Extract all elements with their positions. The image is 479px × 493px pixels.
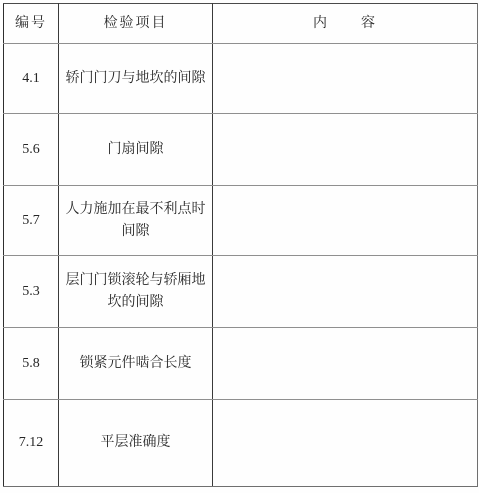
item-cell: 层门门锁滚轮与轿厢地 坎的间隙 <box>59 256 213 328</box>
table-row: 5.6 门扇间隙 <box>4 114 478 186</box>
item-cell: 轿门门刀与地坎的间隙 <box>59 44 213 114</box>
item-cell: 人力施加在最不利点时 间隙 <box>59 186 213 256</box>
row-id-cell: 7.12 <box>4 400 59 487</box>
table-row: 7.12 平层准确度 <box>4 400 478 487</box>
table-row: 5.7 人力施加在最不利点时 间隙 <box>4 186 478 256</box>
row-id-cell: 5.7 <box>4 186 59 256</box>
item-cell: 锁紧元件啮合长度 <box>59 328 213 400</box>
row-id-cell: 4.1 <box>4 44 59 114</box>
header-row: 编号 检验项目 内 容 <box>4 4 478 44</box>
content-cell <box>213 114 478 186</box>
header-content: 内 容 <box>213 4 478 44</box>
content-cell <box>213 256 478 328</box>
table-row: 4.1 轿门门刀与地坎的间隙 <box>4 44 478 114</box>
row-id-cell: 5.6 <box>4 114 59 186</box>
table-body: 4.1 轿门门刀与地坎的间隙 5.6 门扇间隙 5.7 人力施加在最不利点时 间… <box>4 44 478 487</box>
content-cell <box>213 186 478 256</box>
header-inspection-item: 检验项目 <box>59 4 213 44</box>
header-number: 编号 <box>4 4 59 44</box>
table-row: 5.8 锁紧元件啮合长度 <box>4 328 478 400</box>
row-id-cell: 5.8 <box>4 328 59 400</box>
content-cell <box>213 328 478 400</box>
table-row: 5.3 层门门锁滚轮与轿厢地 坎的间隙 <box>4 256 478 328</box>
scanned-inspection-form: 编号 检验项目 内 容 4.1 轿门门刀与地坎的间隙 5.6 门扇间隙 5.7 … <box>0 0 479 493</box>
item-cell: 平层准确度 <box>59 400 213 487</box>
inspection-table: 编号 检验项目 内 容 4.1 轿门门刀与地坎的间隙 5.6 门扇间隙 5.7 … <box>3 3 478 487</box>
row-id-cell: 5.3 <box>4 256 59 328</box>
content-cell <box>213 400 478 487</box>
content-cell <box>213 44 478 114</box>
table-header: 编号 检验项目 内 容 <box>4 4 478 44</box>
item-cell: 门扇间隙 <box>59 114 213 186</box>
